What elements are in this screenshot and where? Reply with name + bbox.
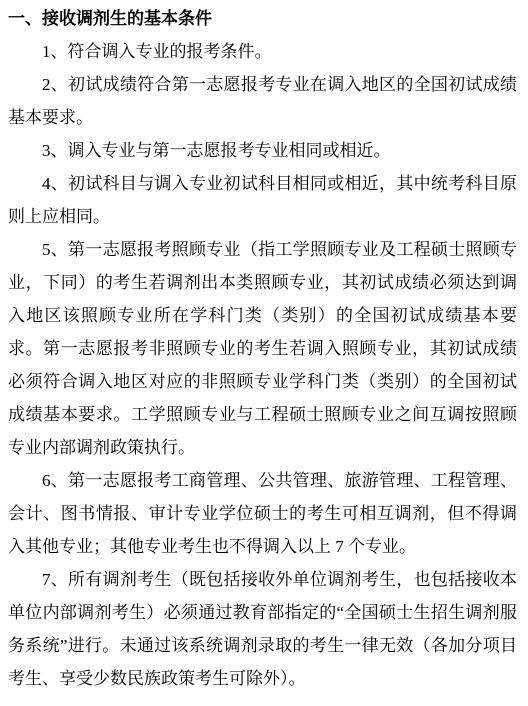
document: 一、接收调剂生的基本条件 1、符合调入专业的报考条件。 2、初试成绩符合第一志愿… <box>0 0 528 706</box>
paragraph-condition-4: 4、初试科目与调入专业初试科目相同或相近，其中统考科目原则上应相同。 <box>8 167 517 233</box>
paragraph-condition-7: 7、所有调剂考生（既包括接收外单位调剂考生，也包括接收本单位内部调剂考生）必须通… <box>8 563 517 695</box>
paragraph-condition-5: 5、第一志愿报考照顾专业（指工学照顾专业及工程硕士照顾专业，下同）的考生若调剂出… <box>8 233 517 464</box>
paragraph-condition-6: 6、第一志愿报考工商管理、公共管理、旅游管理、工程管理、会计、图书情报、审计专业… <box>8 464 517 563</box>
paragraph-condition-2: 2、初试成绩符合第一志愿报考专业在调入地区的全国初试成绩基本要求。 <box>8 68 517 134</box>
paragraph-condition-1: 1、符合调入专业的报考条件。 <box>8 35 517 68</box>
document-heading: 一、接收调剂生的基本条件 <box>8 2 517 35</box>
paragraph-condition-3: 3、调入专业与第一志愿报考专业相同或相近。 <box>8 134 517 167</box>
